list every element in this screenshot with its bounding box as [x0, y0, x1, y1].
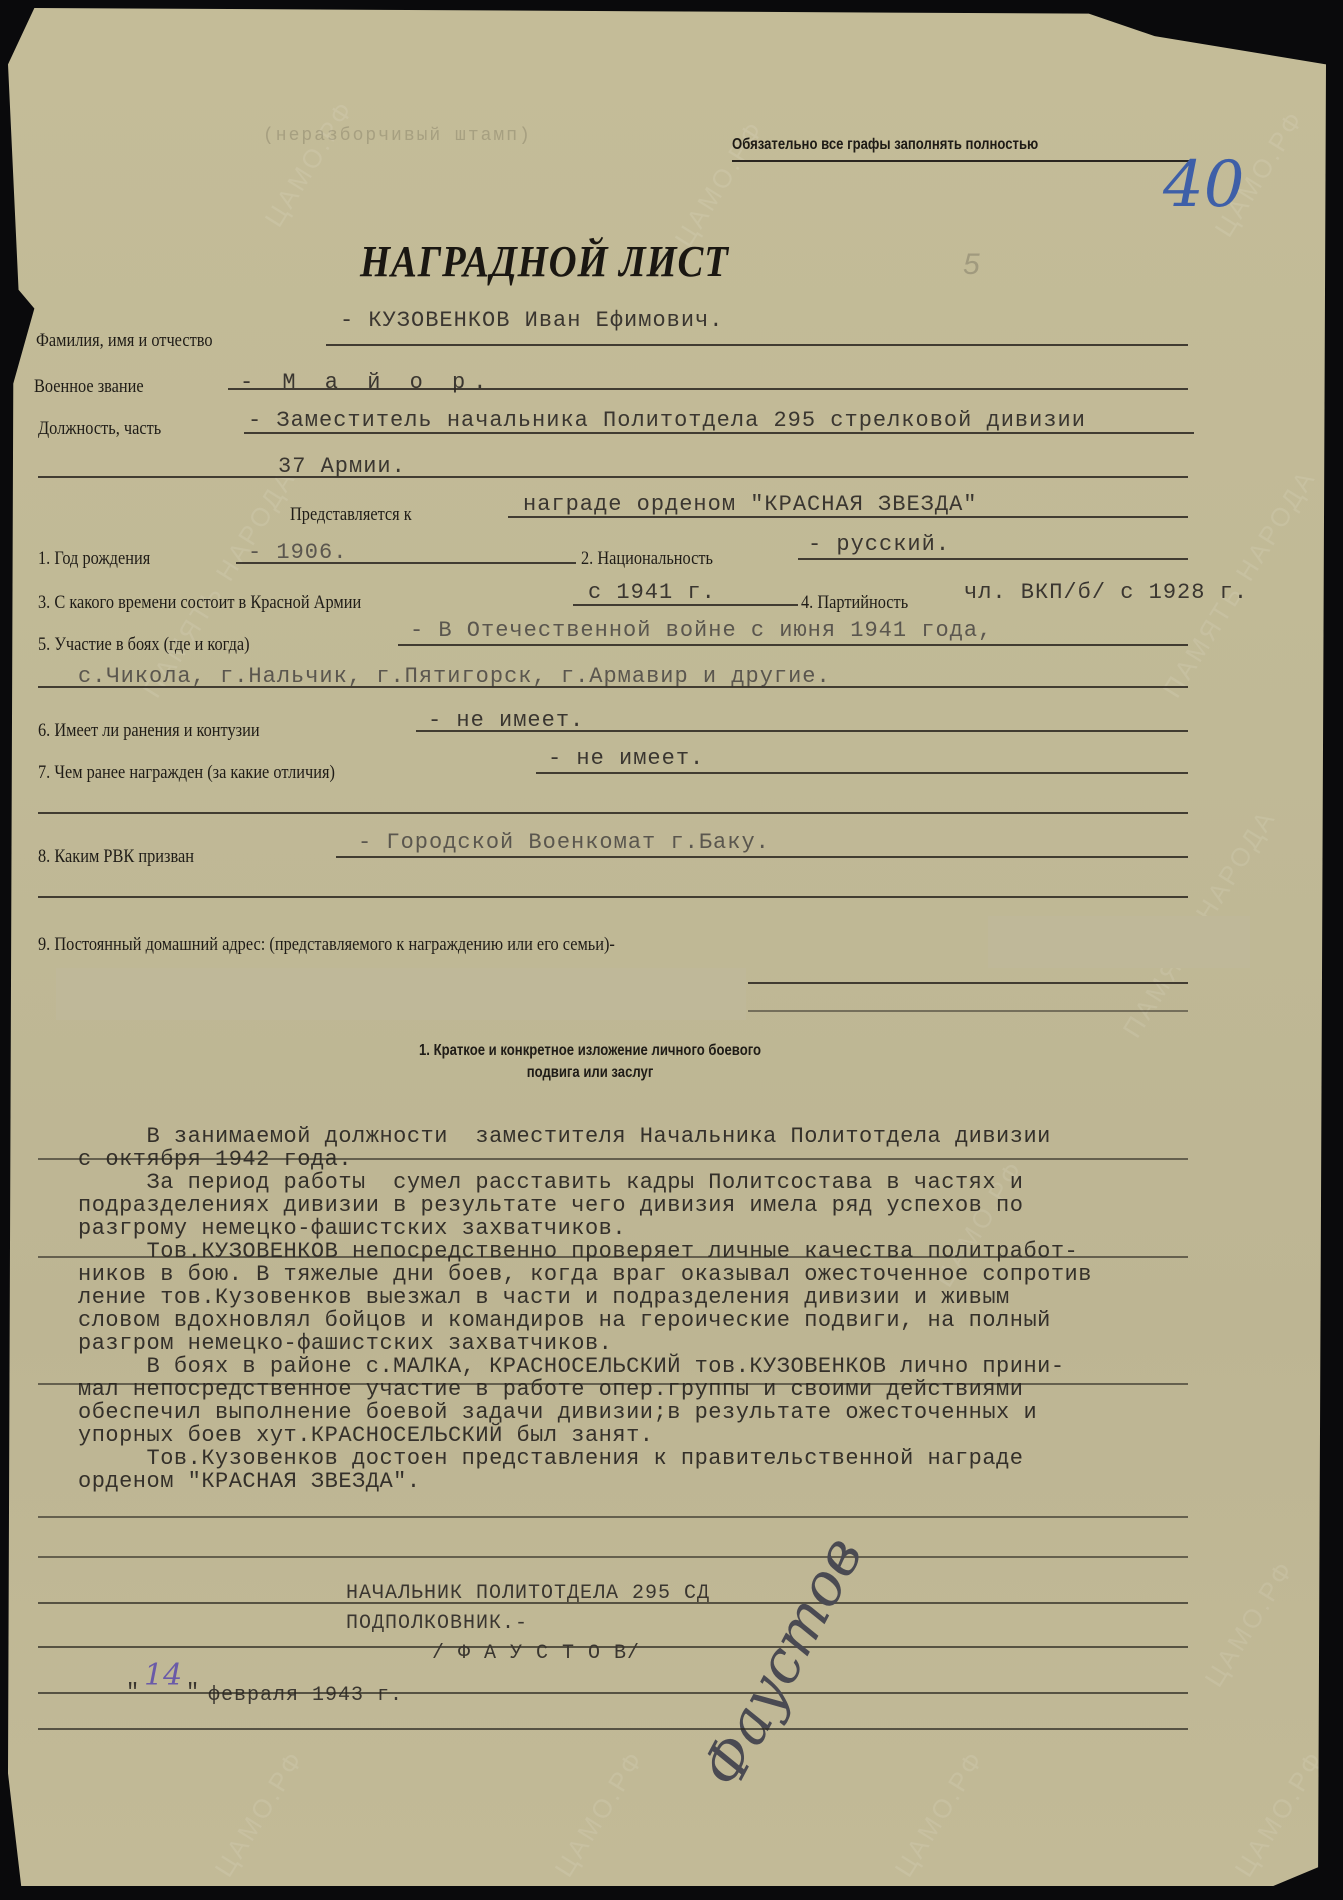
summary-heading-2: подвига или заслуг	[303, 1064, 877, 1082]
summary-line: ников в бою. В тяжелые дни боев, когда в…	[78, 1262, 1092, 1287]
redacted-area	[56, 968, 746, 1020]
battles-underline-2	[38, 686, 1188, 688]
prior-awards-label: 7. Чем ранее награжден (за какие отличия…	[38, 762, 335, 784]
summary-line: орденом "КРАСНАЯ ЗВЕЗДА".	[78, 1469, 421, 1494]
nationality-underline	[798, 558, 1188, 560]
prior-awards-underline	[536, 772, 1188, 774]
position-underline	[244, 432, 1194, 434]
award-value: награде орденом "КРАСНАЯ ЗВЕЗДА"	[523, 492, 977, 517]
watermark: ЦАМО.РФ	[1229, 1744, 1331, 1882]
nationality-value: - русский.	[808, 532, 950, 557]
redacted-area	[988, 916, 1250, 968]
army-since-underline	[573, 604, 798, 606]
corner-mark: 40	[1163, 148, 1244, 222]
award-label: Представляется к	[290, 504, 412, 526]
rvk-label: 8. Каким РВК призван	[38, 846, 194, 868]
summary-line: подразделениях дивизии в результате чего…	[78, 1193, 1023, 1218]
handwritten-signature: Фаустов	[688, 1525, 876, 1798]
summary-line: Тов.КУЗОВЕНКОВ непосредственно проверяет…	[78, 1239, 1078, 1264]
document-title: НАГРАДНОЙ ЛИСТ	[360, 236, 729, 287]
birth-year-underline	[236, 562, 576, 564]
summary-line: ление тов.Кузовенков выезжал в части и п…	[78, 1285, 1010, 1310]
form-line	[38, 1556, 1188, 1558]
rank-underline	[228, 388, 1188, 390]
prior-awards-value: - не имеет.	[548, 746, 704, 771]
summary-line: разгром немецко-фашистских захватчиков.	[78, 1331, 612, 1356]
army-since-value: с 1941 г.	[588, 580, 716, 605]
summary-line: упорных боев хут.КРАСНОСЕЛЬСКИЙ был заня…	[78, 1423, 654, 1448]
form-line	[38, 1728, 1188, 1730]
award-underline	[508, 516, 1188, 518]
party-value: чл. ВКП/б/ с 1928 г.	[964, 580, 1248, 605]
summary-line: В боях в районе с.МАЛКА, КРАСНОСЕЛЬСКИЙ …	[78, 1354, 1065, 1379]
wounds-underline	[416, 730, 1188, 732]
address-underline	[748, 982, 1188, 984]
summary-text: В занимаемой должности заместителя Начал…	[78, 1102, 1092, 1516]
rank-value: - М а й о р.	[240, 370, 494, 395]
watermark: ЦАМО.РФ	[549, 1744, 651, 1882]
summary-line: разгрому немецко-фашистских захватчиков.	[78, 1216, 626, 1241]
watermark: ЦАМО.РФ	[889, 1744, 991, 1882]
position-label: Должность, часть	[38, 418, 161, 440]
date-rest: февраля 1943 г.	[208, 1684, 403, 1707]
form-line	[38, 1692, 1188, 1694]
form-line	[38, 1602, 1188, 1604]
form-line	[38, 1516, 1188, 1518]
watermark: ЦАМО.РФ	[259, 94, 361, 232]
watermark: ЦАМО.РФ	[209, 1744, 311, 1882]
battles-value: - В Отечественной войне с июня 1941 года…	[410, 618, 992, 643]
battles-underline	[398, 644, 1188, 646]
form-line	[38, 1256, 1188, 1258]
faded-stamp: (неразборчивый штамп)	[263, 126, 532, 146]
rvk-value: - Городской Военкомат г.Баку.	[358, 830, 770, 855]
party-label: 4. Партийность	[801, 592, 908, 614]
army-since-label: 3. С какого времени состоит в Красной Ар…	[38, 592, 361, 614]
summary-line: словом вдохновлял бойцов и командиров на…	[78, 1308, 1051, 1333]
summary-heading: 1. Краткое и конкретное изложение личног…	[303, 1042, 877, 1060]
watermark: ЦАМО.РФ	[1199, 1554, 1301, 1692]
signer-rank: ПОДПОЛКОВНИК.-	[346, 1612, 528, 1635]
summary-line: мал непосредственное участие в работе оп…	[78, 1377, 1023, 1402]
name-underline	[326, 344, 1188, 346]
summary-line: За период работы сумел расставить кадры …	[78, 1170, 1023, 1195]
nationality-label: 2. Национальность	[581, 548, 713, 570]
signer-name: / Ф А У С Т О В/	[432, 1642, 640, 1665]
date-day: 14	[144, 1658, 182, 1693]
summary-line: обеспечил выполнение боевой задачи дивиз…	[78, 1400, 1037, 1425]
blank-line	[38, 812, 1188, 814]
battles-label: 5. Участие в боях (где и когда)	[38, 634, 250, 656]
summary-line: Тов.Кузовенков достоен представления к п…	[78, 1446, 1023, 1471]
pencil-mark: 5	[963, 248, 980, 282]
rank-label: Военное звание	[34, 376, 144, 398]
address-label: 9. Постоянный домашний адрес: (представл…	[38, 934, 615, 956]
award-sheet-paper: ЦАМО.РФ ЦАМО.РФ ЦАМО.РФ ПАМЯТЬ НАРОДА ПА…	[8, 8, 1326, 1886]
rvk-underline	[336, 856, 1188, 858]
summary-line: В занимаемой должности заместителя Начал…	[78, 1124, 1051, 1149]
address-underline-2	[748, 1010, 1188, 1012]
name-value: - КУЗОВЕНКОВ Иван Ефимович.	[340, 308, 723, 333]
notice-underline	[732, 160, 1192, 162]
name-label: Фамилия, имя и отчество	[36, 330, 212, 352]
birth-year-label: 1. Год рождения	[38, 548, 150, 570]
position-underline-2	[38, 476, 1188, 478]
blank-line	[38, 896, 1188, 898]
header-notice: Обязательно все графы заполнять полность…	[732, 136, 1038, 154]
form-line	[38, 1383, 1188, 1385]
position-value: - Заместитель начальника Политотдела 295…	[248, 408, 1086, 433]
wounds-label: 6. Имеет ли ранения и контузии	[38, 720, 260, 742]
form-line	[38, 1158, 1188, 1160]
